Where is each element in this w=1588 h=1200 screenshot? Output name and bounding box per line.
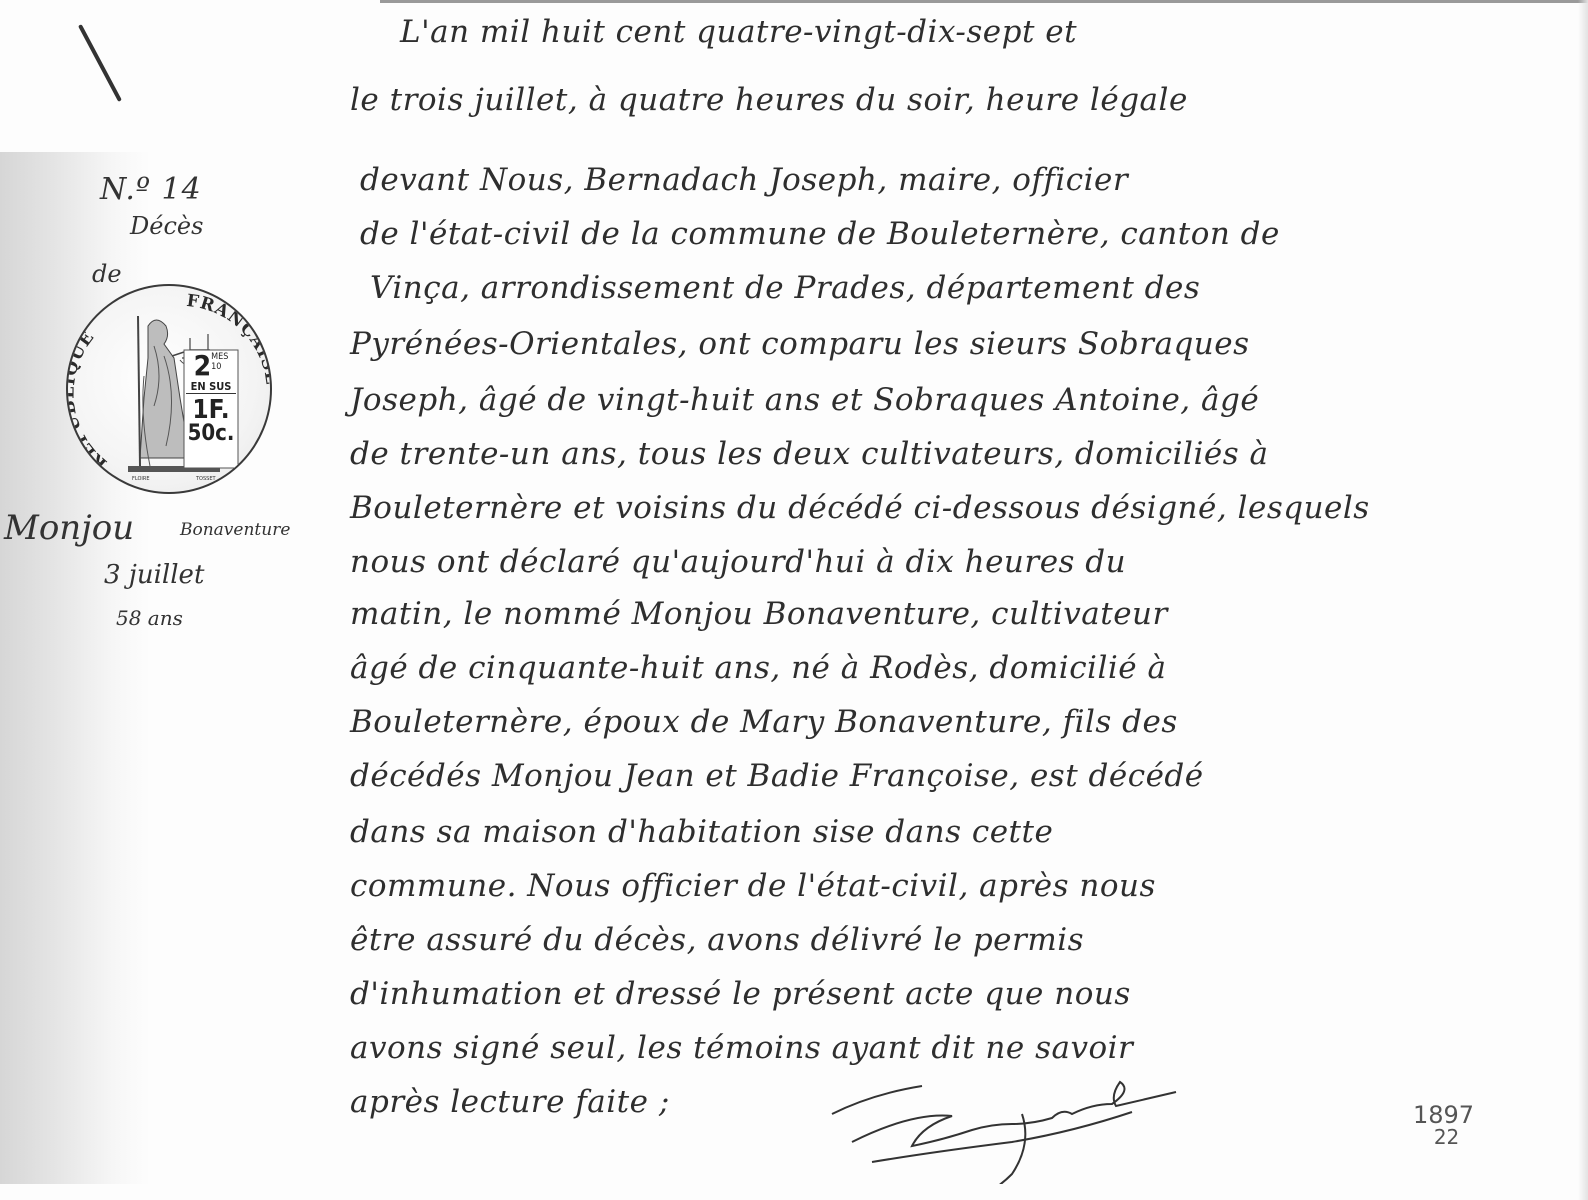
body-line: de l'état-civil de la commune de Boulete… <box>360 216 1280 252</box>
stamp-value-10: 10 <box>211 362 221 372</box>
acte-number: N.º 14 <box>100 172 202 207</box>
page-right-edge <box>1578 0 1588 1200</box>
body-line: devant Nous, Bernadach Joseph, maire, of… <box>360 162 1128 198</box>
stamp-engraver-left: FLOIRE <box>132 476 150 482</box>
body-line: d'inhumation et dressé le présent acte q… <box>350 976 1131 1012</box>
fiscal-stamp: REPUBLIQUE FRANÇAISE FLOIRE TOSSET 2MES1… <box>66 284 272 494</box>
folio-number: 1897 22 <box>1413 1104 1474 1148</box>
document-page: N.º 14 Décès de Monjou Bonaventure 3 jui… <box>0 0 1588 1200</box>
body-line: Bouleternère, époux de Mary Bonaventure,… <box>350 704 1178 740</box>
stamp-value-franc: 1F. <box>186 398 236 422</box>
stamp-value-box: 2MES10 EN SUS 1F. 50c. <box>186 352 236 446</box>
body-line: nous ont déclaré qu'aujourd'hui à dix he… <box>350 544 1126 580</box>
svg-text:REPUBLIQUE: REPUBLIQUE <box>68 327 111 473</box>
stamp-value-top-sub: MES10 <box>211 352 228 372</box>
body-line: décédés Monjou Jean et Badie Françoise, … <box>350 758 1204 794</box>
body-line: commune. Nous officier de l'état-civil, … <box>350 868 1156 904</box>
page-top-edge <box>380 0 1588 3</box>
folio-page: 22 <box>1419 1126 1474 1148</box>
pen-stroke-mark <box>78 24 122 102</box>
stamp-engraver-right: TOSSET <box>195 476 216 482</box>
deceased-age: 58 ans <box>116 606 183 630</box>
body-line: Bouleternère et voisins du décédé ci-des… <box>350 490 1370 526</box>
marianne-justice-icon: REPUBLIQUE FRANÇAISE FLOIRE TOSSET <box>68 286 270 492</box>
stamp-value-top: 2 <box>194 352 212 380</box>
margin-de: de <box>92 260 122 288</box>
body-line: de trente-un ans, tous les deux cultivat… <box>350 436 1268 472</box>
body-line: Joseph, âgé de vingt-huit ans et Sobraqu… <box>350 382 1259 418</box>
signature-flourish-icon <box>812 1064 1232 1184</box>
body-line: avons signé seul, les témoins ayant dit … <box>350 1030 1133 1066</box>
deceased-surname: Monjou <box>4 508 134 548</box>
body-line: L'an mil huit cent quatre-vingt-dix-sept… <box>400 14 1077 50</box>
stamp-legend-left: REPUBLIQUE <box>68 327 111 473</box>
acte-type: Décès <box>130 212 203 240</box>
body-line: matin, le nommé Monjou Bonaventure, cult… <box>350 596 1168 632</box>
body-line: être assuré du décès, avons délivré le p… <box>350 922 1084 958</box>
deceased-firstname: Bonaventure <box>180 520 290 540</box>
stamp-value-cents: 50c. <box>186 422 236 446</box>
body-line: âgé de cinquante-huit ans, né à Rodès, d… <box>350 650 1166 686</box>
stamp-value-ensus: EN SUS <box>186 380 236 394</box>
body-line: dans sa maison d'habitation sise dans ce… <box>350 814 1053 850</box>
mayor-signature <box>812 1064 1232 1184</box>
body-line: après lecture faite ; <box>350 1084 670 1120</box>
death-date: 3 juillet <box>104 560 204 590</box>
body-line: Vinça, arrondissement de Prades, départe… <box>370 270 1200 306</box>
body-line: le trois juillet, à quatre heures du soi… <box>350 82 1188 118</box>
body-line: Pyrénées-Orientales, ont comparu les sie… <box>350 326 1250 362</box>
stamp-value-mes: MES <box>211 352 228 362</box>
